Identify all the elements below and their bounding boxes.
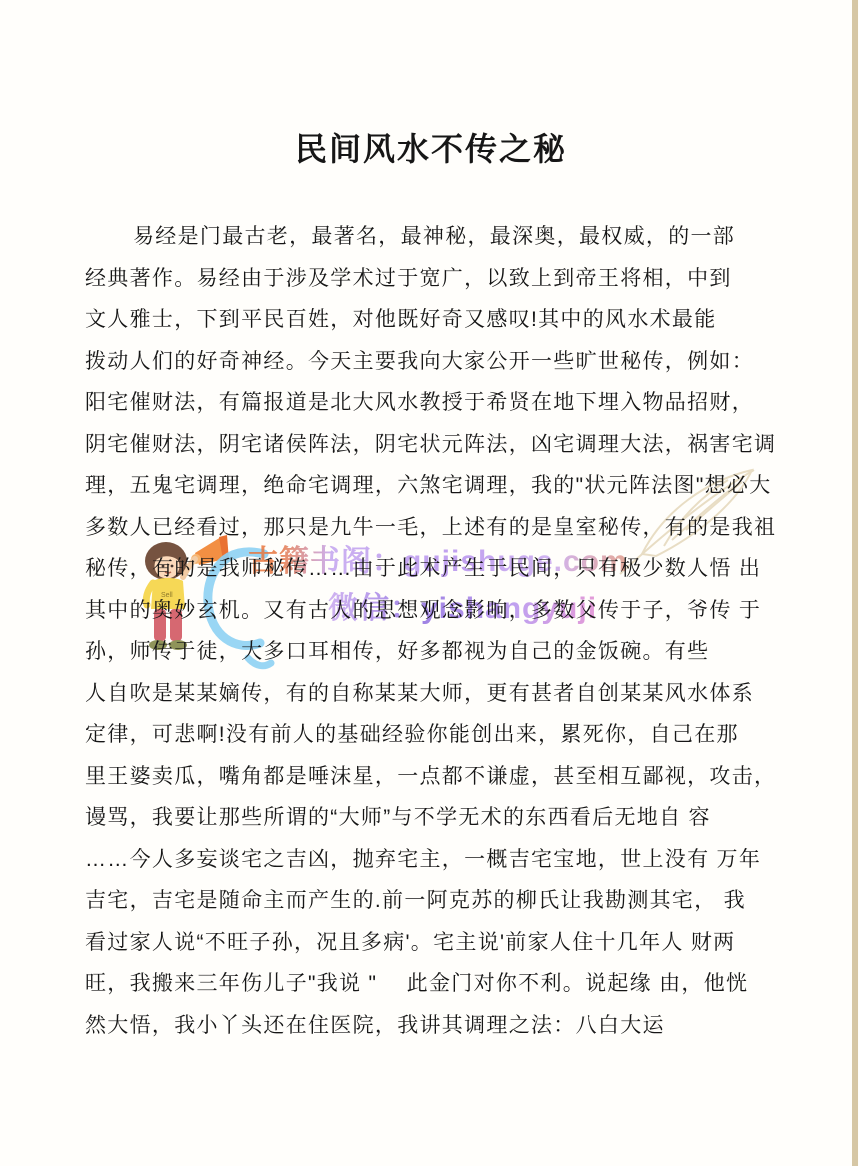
paragraph-line: 拨动人们的好奇神经。今天主要我向大家公开一些旷世秘传，例如： (85, 341, 785, 383)
paragraph-line: 然大悟，我小丫头还在住医院，我讲其调理之法：八白大运 (85, 1005, 785, 1047)
paragraph-line: 理，五鬼宅调理，绝命宅调理，六煞宅调理，我的"状元阵法图"想必大 (85, 465, 785, 507)
paragraph-line: 看过家人说“不旺子孙，况且多病'。宅主说'前家人住十几年人 财两 (85, 922, 785, 964)
paragraph-line: 秘传，有的是我师秘传……由于此术产生于民间，只有极少数人悟 出 (85, 548, 785, 590)
paragraph-line: 文人雅士，下到平民百姓，对他既好奇又感叹!其中的风水术最能 (85, 299, 785, 341)
paragraph-line: 多数人已经看过，那只是九牛一毛，上述有的是皇室秘传，有的是我祖 (85, 507, 785, 549)
paragraph-line: 吉宅，吉宅是随命主而产生的.前一阿克苏的柳氏让我勘测其宅， 我 (85, 880, 785, 922)
paragraph-line: 旺，我搬来三年伤儿子"我说 " 此金门对你不利。说起缘 由，他恍 (85, 963, 785, 1005)
paragraph-line: 谩骂，我要让那些所谓的“大师”与不学无术的东西看后无地自 容 (85, 797, 785, 839)
paragraph-line: 其中的奥妙玄机。又有古人的思想观念影响，多数父传于子，爷传 于 (85, 590, 785, 632)
paragraph-line: 人自吹是某某嫡传，有的自称某某大师，更有甚者自创某某风水体系 (85, 673, 785, 715)
paragraph-line: 经典著作。易经由于涉及学术过于宽广，以致上到帝王将相，中到 (85, 258, 785, 300)
paragraph-line: 阳宅催财法，有篇报道是北大风水教授于希贤在地下埋入物品招财， (85, 382, 785, 424)
paragraph-line: 里王婆卖瓜，嘴角都是唾沫星，一点都不谦虚，甚至相互鄙视，攻击， (85, 756, 785, 798)
paragraph-line: 定律，可悲啊!没有前人的基础经验你能创出来，累死你，自己在那 (85, 714, 785, 756)
paragraph-line: 易经是门最古老，最著名，最神秘，最深奥，最权威，的一部 (85, 216, 785, 258)
paragraph-line: ……今人多妄谈宅之吉凶，抛弃宅主，一概吉宅宝地，世上没有 万年 (85, 839, 785, 881)
paragraph-line: 孙，师传于徒，大多口耳相传，好多都视为自己的金饭碗。有些 (85, 631, 785, 673)
document-page: Sell 古籍书阁：gujishuge.com 微信：yishang (0, 0, 859, 1166)
paragraph-line: 阴宅催财法，阴宅诸侯阵法，阴宅状元阵法，凶宅调理大法，祸害宅调 (85, 424, 785, 466)
body-paragraph: 易经是门最古老，最著名，最神秘，最深奥，最权威，的一部经典著作。易经由于涉及学术… (85, 216, 785, 1046)
